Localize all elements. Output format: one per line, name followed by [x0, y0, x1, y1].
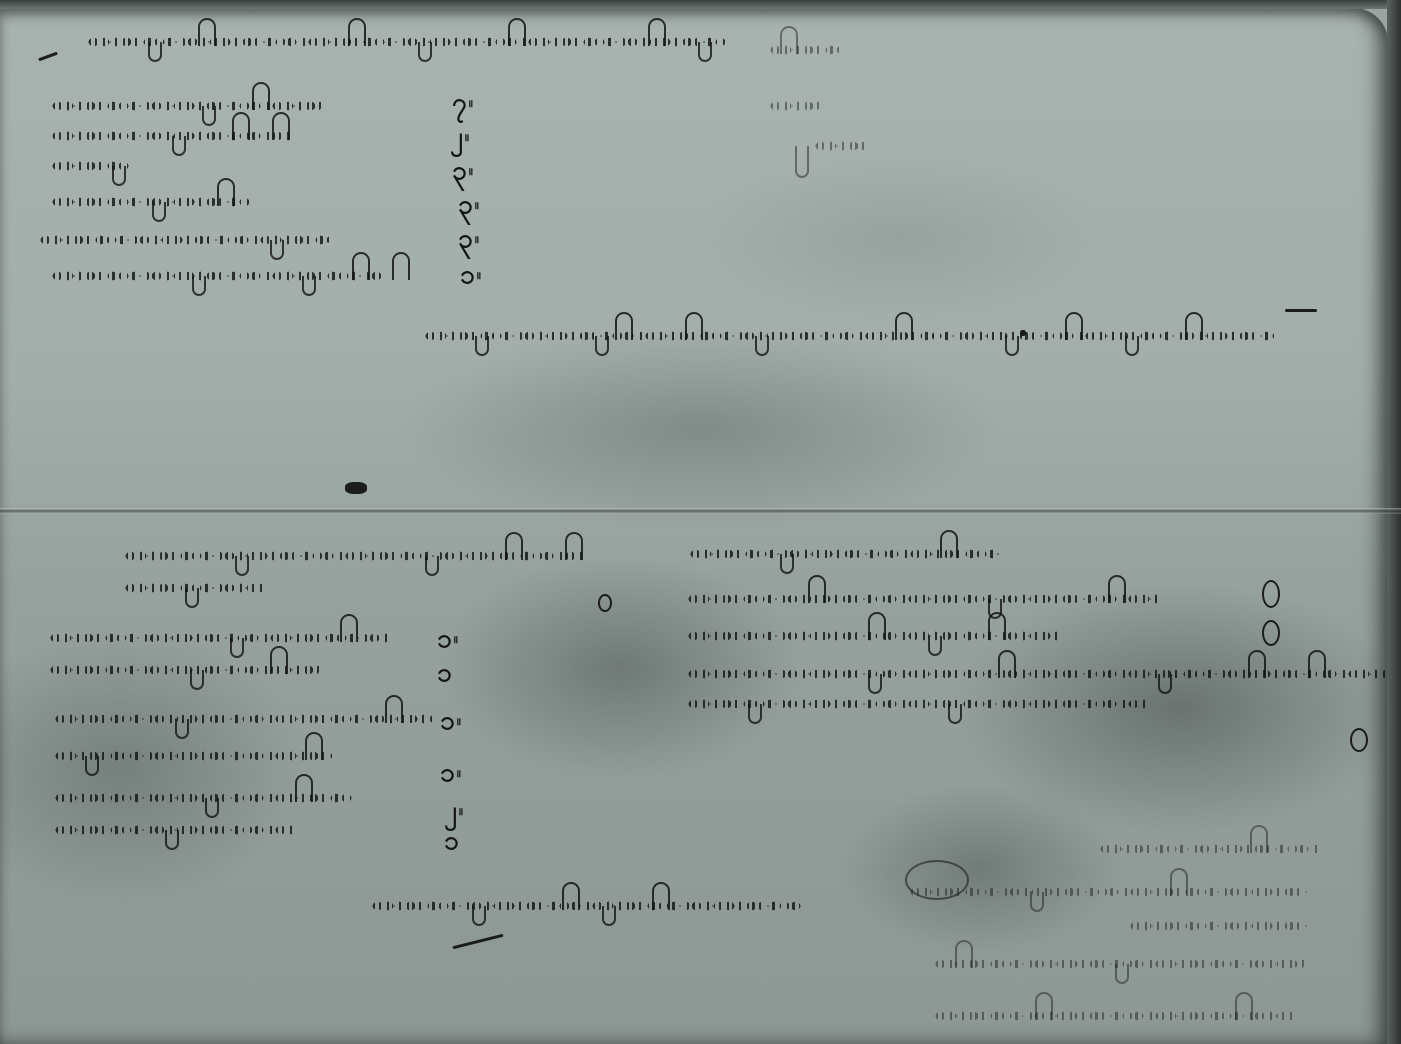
ink-blot	[345, 482, 367, 494]
lower-right-line-5: [Burmese line 5]	[688, 690, 1148, 716]
lower-item-5: [Burmese item 5]	[55, 784, 355, 810]
lower-right-line-2: [Burmese line 2]	[688, 585, 1163, 611]
lower-qty-2: ၁	[437, 660, 454, 686]
lower-right-line-4: [Burmese line 4]	[688, 660, 1388, 686]
upper-qty-5: ၃။	[458, 226, 479, 252]
signature-line-4: [Burmese faint line 4]	[935, 950, 1305, 976]
lower-item-6: [Burmese item 6]	[55, 816, 295, 842]
signature-line-1: [Burmese faint line 1]	[1100, 835, 1320, 861]
small-loop	[598, 594, 612, 612]
fold-crease	[0, 508, 1401, 514]
lower-qty-1: ၁။	[437, 626, 458, 652]
upper-item-3: [Burmese item 3]	[52, 152, 132, 178]
lower-qty-5: ၂။	[444, 798, 463, 824]
upper-qty-6: ၁။	[460, 262, 481, 288]
lower-total-line: ပေါင်း — [Burmese total line, handwritte…	[372, 892, 807, 918]
upper-qty-3: ၃။	[452, 158, 473, 184]
margin-loop	[1262, 620, 1280, 646]
signature-line-3: [Burmese faint line 3]	[1130, 912, 1310, 938]
lower-item-2: [Burmese item 2]	[50, 656, 320, 682]
lower-item-1: [Burmese item 1]	[50, 624, 390, 650]
upper-item-4: [Burmese item 4]	[52, 188, 252, 214]
manuscript-scan: [Burmese heading line, handwritten] [Bur…	[0, 0, 1401, 1044]
upper-qty-4: ၃။	[458, 192, 479, 218]
lower-right-line-3: [Burmese line 3]	[688, 622, 1063, 648]
lower-qty-3: ၁။	[440, 708, 461, 734]
lower-left-heading-1: [Burmese heading line, handwritten, two …	[125, 542, 585, 568]
signature-line-2: [Burmese faint line 2]	[910, 878, 1310, 904]
upper-margin-note-3: [Burmese marginal note 3]	[815, 132, 870, 158]
signature-line-5: [Burmese faint line 5]	[935, 1002, 1295, 1028]
lower-right-line-1: [Burmese line 1]	[690, 540, 1005, 566]
upper-margin-note-1: [Burmese marginal note 1]	[770, 36, 840, 62]
upper-total-line: ပေါင်း — [Burmese total line, handwritte…	[425, 322, 1275, 348]
lower-left-heading-2	[125, 574, 265, 600]
right-edge-shadow	[1387, 0, 1401, 1044]
upper-item-6: [Burmese item 6]	[52, 262, 387, 288]
lower-item-4: [Burmese item 4]	[55, 742, 335, 768]
margin-loop	[1350, 728, 1368, 752]
margin-loop	[1262, 580, 1280, 608]
top-edge-shadow	[0, 0, 1401, 9]
lower-item-3: [Burmese item 3]	[55, 705, 435, 731]
signature-flourish	[905, 860, 969, 900]
upper-heading: [Burmese heading line, handwritten]	[88, 28, 728, 54]
lower-qty-4: ၁။	[440, 760, 461, 786]
upper-qty-1: ၇။	[452, 90, 473, 116]
upper-margin-note-2: [Burmese marginal note 2]	[770, 92, 820, 118]
upper-item-2: [Burmese item 2]	[52, 122, 292, 148]
lower-qty-6: ၁	[444, 828, 461, 854]
upper-item-5: [Burmese item 5]	[40, 226, 330, 252]
upper-qty-2: ၂။	[450, 124, 469, 150]
total-dash	[1285, 309, 1317, 312]
